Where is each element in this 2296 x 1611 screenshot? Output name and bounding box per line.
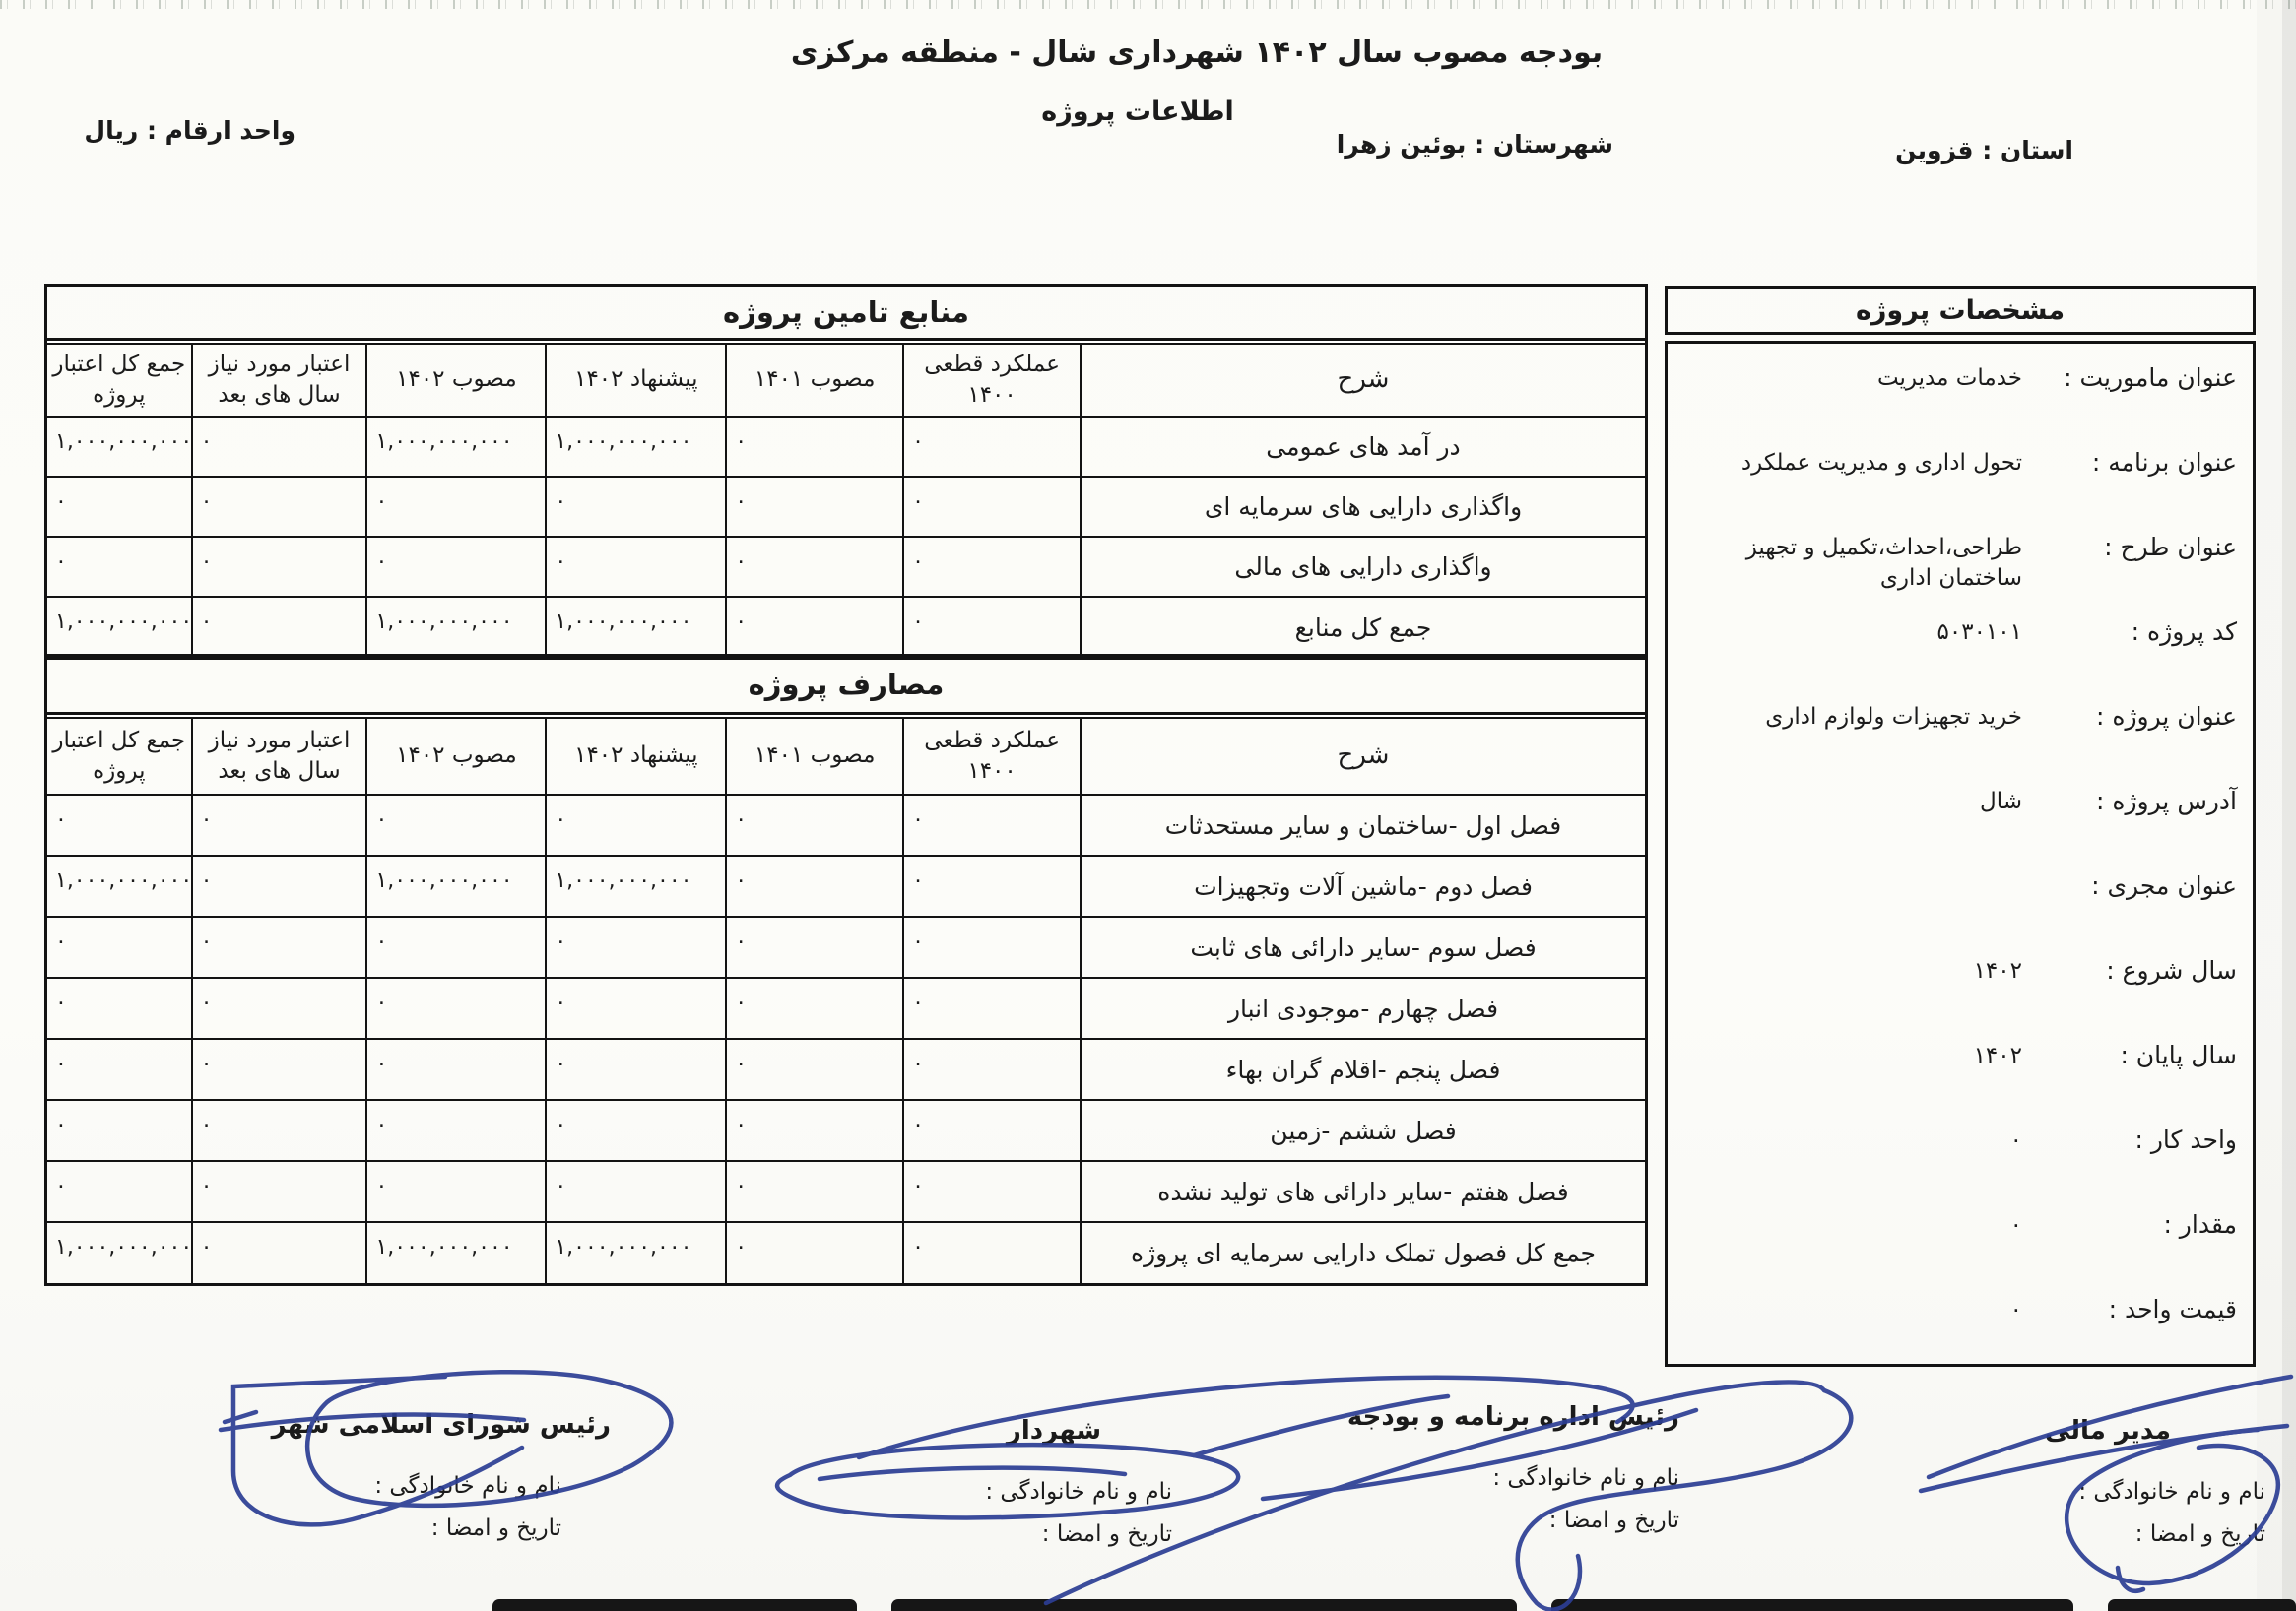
amount-cell: ۰ (726, 978, 903, 1039)
amount-cell: ۱,۰۰۰,۰۰۰,۰۰۰ (47, 597, 192, 657)
amount-cell: ۰ (47, 537, 192, 597)
amount-cell: ۰ (546, 978, 726, 1039)
uses-table-title: مصارف پروژه (47, 657, 1645, 715)
amount-cell: ۱,۰۰۰,۰۰۰,۰۰۰ (366, 1222, 546, 1283)
table-row: فصل ششم -زمین۰۰۰۰۰۰ (47, 1100, 1645, 1161)
amount-cell: ۰ (192, 1222, 367, 1283)
spec-value: ۰ (1677, 1295, 2022, 1325)
signature-role: شهردار (936, 1416, 1172, 1446)
amount-cell: ۰ (546, 1039, 726, 1100)
amount-cell: ۰ (192, 795, 367, 856)
table-row: واگذاری دارایی های مالی۰۰۰۰۰۰ (47, 537, 1645, 597)
scanned-budget-document: بودجه مصوب سال ۱۴۰۲ شهرداری شال - منطقه … (0, 0, 2296, 1611)
amount-cell: ۰ (366, 917, 546, 978)
amount-cell: ۰ (47, 978, 192, 1039)
row-description: فصل دوم -ماشین آلات وتجهیزات (1081, 856, 1645, 917)
table-row: واگذاری دارایی های سرمایه ای۰۰۰۰۰۰ (47, 477, 1645, 537)
amount-cell: ۰ (903, 1100, 1081, 1161)
spec-row: کد پروژه :۵۰۳۰۱۰۱ (1677, 617, 2237, 702)
amount-cell: ۰ (903, 856, 1081, 917)
specs-panel-title: مشخصات پروژه (1856, 295, 2065, 326)
amount-cell: ۱,۰۰۰,۰۰۰,۰۰۰ (546, 597, 726, 657)
scanner-bottom-band (1551, 1599, 2073, 1611)
amount-cell: ۰ (903, 917, 1081, 978)
spec-label: عنوان مجری : (2022, 871, 2237, 900)
amount-cell: ۱,۰۰۰,۰۰۰,۰۰۰ (366, 856, 546, 917)
amount-cell: ۱,۰۰۰,۰۰۰,۰۰۰ (47, 1222, 192, 1283)
column-header: مصوب ۱۴۰۲ (366, 344, 546, 417)
column-header: شرح (1081, 344, 1645, 417)
date-label: تاریخ و امضا : (266, 1515, 561, 1541)
spec-label: سال شروع : (2022, 956, 2237, 985)
amount-cell: ۱,۰۰۰,۰۰۰,۰۰۰ (546, 1222, 726, 1283)
column-header: پیشنهاد ۱۴۰۲ (546, 718, 726, 795)
spec-value: شال (1677, 787, 2022, 817)
table-row: جمع کل منابع۰۰۱,۰۰۰,۰۰۰,۰۰۰۱,۰۰۰,۰۰۰,۰۰۰… (47, 597, 1645, 657)
county-field: شهرستان : بوئین زهرا (1387, 130, 1613, 159)
amount-cell: ۰ (192, 856, 367, 917)
amount-cell: ۰ (192, 597, 367, 657)
amount-cell: ۰ (192, 917, 367, 978)
amount-cell: ۰ (726, 477, 903, 537)
column-header: جمع کل اعتبار پروژه (47, 718, 192, 795)
amount-cell: ۰ (366, 1039, 546, 1100)
amount-cell: ۰ (192, 477, 367, 537)
spec-value: ۰ (1677, 1210, 2022, 1241)
amount-cell: ۰ (903, 795, 1081, 856)
amount-cell: ۰ (903, 477, 1081, 537)
scanner-bottom-band (2108, 1599, 2296, 1611)
signature-block-mayor: شهردار نام و نام خانوادگی : تاریخ و امضا… (936, 1416, 1172, 1547)
amount-cell: ۰ (903, 1161, 1081, 1222)
spec-row: عنوان پروژه :خرید تجهیزات ولوازم اداری (1677, 702, 2237, 787)
amount-cell: ۰ (192, 417, 367, 477)
spec-value: ۵۰۳۰۱۰۱ (1677, 617, 2022, 648)
amount-cell: ۰ (366, 978, 546, 1039)
amount-cell: ۰ (726, 537, 903, 597)
row-description: فصل چهارم -موجودی انبار (1081, 978, 1645, 1039)
column-header: عملکرد قطعی ۱۴۰۰ (903, 344, 1081, 417)
document-title: بودجه مصوب سال ۱۴۰۲ شهرداری شال - منطقه … (689, 35, 1704, 70)
table-row: فصل هفتم -سایر دارائی های تولید نشده۰۰۰۰… (47, 1161, 1645, 1222)
amount-cell: ۰ (726, 917, 903, 978)
table-row: فصل چهارم -موجودی انبار۰۰۰۰۰۰ (47, 978, 1645, 1039)
amount-cell: ۰ (546, 795, 726, 856)
column-header: شرح (1081, 718, 1645, 795)
spec-row: عنوان ماموریت :خدمات مدیریت (1677, 363, 2237, 448)
amount-cell: ۰ (726, 417, 903, 477)
document-subtitle: اطلاعات پروژه (630, 97, 1645, 127)
date-label: تاریخ و امضا : (1990, 1521, 2265, 1547)
uses-table: مصارف پروژه شرحعملکرد قطعی ۱۴۰۰مصوب ۱۴۰۱… (44, 654, 1648, 1286)
amount-cell: ۱,۰۰۰,۰۰۰,۰۰۰ (47, 417, 192, 477)
row-description: واگذاری دارایی های مالی (1081, 537, 1645, 597)
amount-cell: ۱,۰۰۰,۰۰۰,۰۰۰ (366, 597, 546, 657)
amount-cell: ۰ (192, 1161, 367, 1222)
amount-cell: ۰ (47, 795, 192, 856)
specs-panel-body: عنوان ماموریت :خدمات مدیریتعنوان برنامه … (1665, 341, 2256, 1367)
signature-role: رئیس شورای اسلامی شهر (295, 1410, 611, 1440)
amount-cell: ۰ (192, 978, 367, 1039)
column-header: مصوب ۱۴۰۱ (726, 344, 903, 417)
amount-cell: ۰ (726, 1039, 903, 1100)
amount-cell: ۰ (192, 537, 367, 597)
spec-value: طراحی،احداث،تکمیل و تجهیز ساختمان اداری (1677, 533, 2022, 594)
spec-label: عنوان ماموریت : (2022, 363, 2237, 392)
scanner-bottom-band (891, 1599, 1517, 1611)
name-label: نام و نام خانوادگی : (1990, 1479, 2265, 1505)
amount-cell: ۰ (726, 856, 903, 917)
amount-cell: ۰ (47, 1100, 192, 1161)
amount-cell: ۱,۰۰۰,۰۰۰,۰۰۰ (546, 856, 726, 917)
amount-cell: ۰ (903, 537, 1081, 597)
spec-row: واحد کار :۰ (1677, 1126, 2237, 1210)
table-row: فصل اول -ساختمان و سایر مستحدثات۰۰۰۰۰۰ (47, 795, 1645, 856)
table-row: در آمد های عمومی۰۰۱,۰۰۰,۰۰۰,۰۰۰۱,۰۰۰,۰۰۰… (47, 417, 1645, 477)
amount-cell: ۰ (903, 978, 1081, 1039)
table-row: فصل سوم -سایر دارائی های ثابت۰۰۰۰۰۰ (47, 917, 1645, 978)
name-label: نام و نام خانوادگی : (266, 1473, 561, 1499)
amount-cell: ۰ (546, 1100, 726, 1161)
unit-of-figures: واحد ارقام : ریال (98, 116, 295, 145)
spec-row: سال شروع :۱۴۰۲ (1677, 956, 2237, 1041)
amount-cell: ۰ (726, 597, 903, 657)
spec-label: کد پروژه : (2022, 617, 2237, 646)
spec-row: آدرس پروژه :شال (1677, 787, 2237, 871)
amount-cell: ۰ (47, 477, 192, 537)
sources-table-title: منابع تامین پروژه (47, 287, 1645, 341)
column-header: مصوب ۱۴۰۲ (366, 718, 546, 795)
spec-row: عنوان برنامه :تحول اداری و مدیریت عملکرد (1677, 448, 2237, 533)
amount-cell: ۰ (366, 1100, 546, 1161)
signature-block-council-head: رئیس شورای اسلامی شهر نام و نام خانوادگی… (246, 1410, 621, 1541)
row-description: جمع کل منابع (1081, 597, 1645, 657)
spec-label: عنوان برنامه : (2022, 448, 2237, 477)
row-description: جمع کل فصول تملک دارایی سرمایه ای پروژه (1081, 1222, 1645, 1283)
province-field: استان : قزوین (1916, 136, 2073, 164)
amount-cell: ۰ (726, 1222, 903, 1283)
spec-label: عنوان طرح : (2022, 533, 2237, 561)
column-header: پیشنهاد ۱۴۰۲ (546, 344, 726, 417)
spec-value: تحول اداری و مدیریت عملکرد (1677, 448, 2022, 479)
column-header: اعتبار مورد نیاز سال های بعد (192, 344, 367, 417)
column-header: اعتبار مورد نیاز سال های بعد (192, 718, 367, 795)
sources-table: منابع تامین پروژه شرحعملکرد قطعی ۱۴۰۰مصو… (44, 284, 1648, 660)
amount-cell: ۰ (47, 1039, 192, 1100)
amount-cell: ۰ (903, 1222, 1081, 1283)
amount-cell: ۰ (726, 1100, 903, 1161)
amount-cell: ۰ (726, 795, 903, 856)
spec-label: قیمت واحد : (2022, 1295, 2237, 1323)
column-header: جمع کل اعتبار پروژه (47, 344, 192, 417)
spec-label: مقدار : (2022, 1210, 2237, 1239)
amount-cell: ۰ (366, 795, 546, 856)
amount-cell: ۰ (903, 1039, 1081, 1100)
amount-cell: ۰ (546, 1161, 726, 1222)
name-label: نام و نام خانوادگی : (936, 1479, 1172, 1505)
signature-block-budget-office-head: رئیس اداره برنامه و بودجه نام و نام خانو… (1399, 1402, 1679, 1533)
spec-label: عنوان پروژه : (2022, 702, 2237, 731)
amount-cell: ۰ (366, 477, 546, 537)
specs-panel-title-box: مشخصات پروژه (1665, 286, 2256, 335)
amount-cell: ۰ (366, 1161, 546, 1222)
amount-cell: ۰ (366, 537, 546, 597)
spec-value: خدمات مدیریت (1677, 363, 2022, 394)
amount-cell: ۰ (903, 417, 1081, 477)
table-row: جمع کل فصول تملک دارایی سرمایه ای پروژه۰… (47, 1222, 1645, 1283)
spec-row: قیمت واحد :۰ (1677, 1295, 2237, 1380)
row-description: فصل اول -ساختمان و سایر مستحدثات (1081, 795, 1645, 856)
spec-row: مقدار :۰ (1677, 1210, 2237, 1295)
amount-cell: ۰ (546, 537, 726, 597)
row-description: فصل هفتم -سایر دارائی های تولید نشده (1081, 1161, 1645, 1222)
amount-cell: ۰ (903, 597, 1081, 657)
signature-role: مدیر مالی (2009, 1416, 2206, 1446)
date-label: تاریخ و امضا : (936, 1521, 1172, 1547)
amount-cell: ۱,۰۰۰,۰۰۰,۰۰۰ (47, 856, 192, 917)
spec-row: سال پایان :۱۴۰۲ (1677, 1041, 2237, 1126)
amount-cell: ۰ (546, 477, 726, 537)
spec-value: ۰ (1677, 1126, 2022, 1156)
amount-cell: ۱,۰۰۰,۰۰۰,۰۰۰ (546, 417, 726, 477)
amount-cell: ۰ (546, 917, 726, 978)
spec-row: عنوان مجری : (1677, 871, 2237, 956)
table-row: فصل پنجم -اقلام گران بهاء۰۰۰۰۰۰ (47, 1039, 1645, 1100)
row-description: فصل سوم -سایر دارائی های ثابت (1081, 917, 1645, 978)
row-description: واگذاری دارایی های سرمایه ای (1081, 477, 1645, 537)
row-description: در آمد های عمومی (1081, 417, 1645, 477)
column-header: عملکرد قطعی ۱۴۰۰ (903, 718, 1081, 795)
scanner-bottom-band (492, 1599, 857, 1611)
spec-value: ۱۴۰۲ (1677, 1041, 2022, 1071)
signature-role: رئیس اداره برنامه و بودجه (1399, 1402, 1679, 1432)
row-description: فصل پنجم -اقلام گران بهاء (1081, 1039, 1645, 1100)
spec-label: سال پایان : (2022, 1041, 2237, 1069)
amount-cell: ۰ (47, 1161, 192, 1222)
date-label: تاریخ و امضا : (1399, 1508, 1679, 1533)
row-description: فصل ششم -زمین (1081, 1100, 1645, 1161)
scanner-edge-noise (0, 0, 2296, 9)
spec-label: واحد کار : (2022, 1126, 2237, 1154)
signature-block-finance-manager: مدیر مالی نام و نام خانوادگی : تاریخ و ا… (1990, 1416, 2265, 1547)
spec-value: خرید تجهیزات ولوازم اداری (1677, 702, 2022, 733)
table-row: فصل دوم -ماشین آلات وتجهیزات۰۰۱,۰۰۰,۰۰۰,… (47, 856, 1645, 917)
spec-label: آدرس پروژه : (2022, 787, 2237, 815)
amount-cell: ۰ (47, 917, 192, 978)
amount-cell: ۰ (726, 1161, 903, 1222)
amount-cell: ۱,۰۰۰,۰۰۰,۰۰۰ (366, 417, 546, 477)
spec-row: عنوان طرح :طراحی،احداث،تکمیل و تجهیز ساخ… (1677, 533, 2237, 617)
column-header: مصوب ۱۴۰۱ (726, 718, 903, 795)
name-label: نام و نام خانوادگی : (1399, 1465, 1679, 1491)
amount-cell: ۰ (192, 1039, 367, 1100)
amount-cell: ۰ (192, 1100, 367, 1161)
spec-value: ۱۴۰۲ (1677, 956, 2022, 987)
